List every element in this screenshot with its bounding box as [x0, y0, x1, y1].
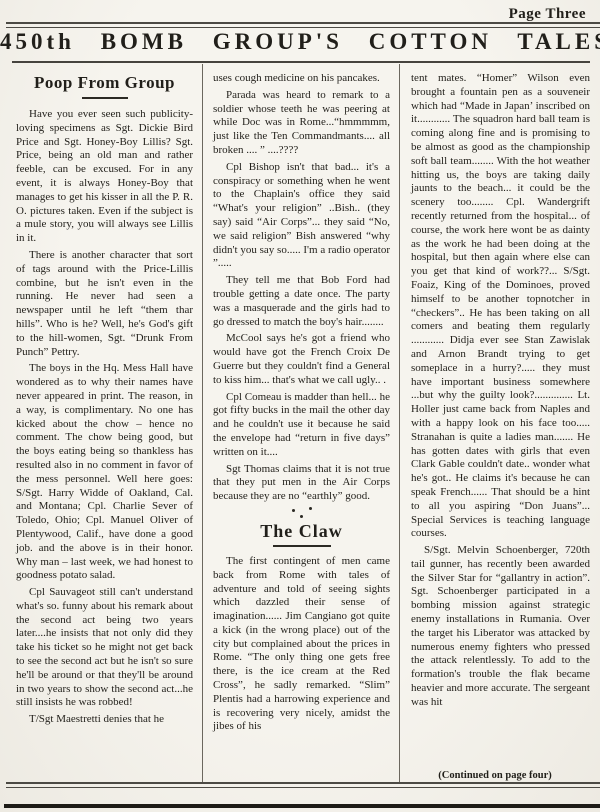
paragraph: McCool says he's got a friend who would … [213, 332, 390, 387]
paragraph: Cpl Comeau is madder than hell... he got… [213, 391, 390, 460]
masthead-title: 450th BOMB GROUP'S COTTON TALES [0, 29, 600, 55]
newspaper-page: Page Three 450th BOMB GROUP'S COTTON TAL… [0, 0, 600, 812]
bottom-heavy-rule [4, 804, 600, 808]
paragraph: Sgt Thomas claims that it is not true th… [213, 463, 390, 504]
heading-rule [82, 97, 128, 99]
paragraph: Cpl Bishop isn't that bad... it's a cons… [213, 161, 390, 271]
paragraph: Have you ever seen such publicity-loving… [16, 108, 193, 246]
paragraph: tent mates. “Homer” Wilson even brought … [411, 72, 590, 541]
section-heading-poop-from-group: Poop From Group [16, 73, 193, 93]
paragraph: They tell me that Bob Ford had trouble g… [213, 274, 390, 329]
paragraph: The first contingent of men came back fr… [213, 555, 390, 734]
paragraph: T/Sgt Maestretti denies that he [16, 713, 193, 727]
top-double-rule [6, 22, 600, 28]
paragraph: Cpl Sauvageot still can't understand wha… [16, 586, 193, 710]
paragraph: There is another character that sort of … [16, 249, 193, 359]
heading-rule [273, 545, 331, 547]
continued-note: (Continued on page four) [400, 769, 590, 782]
column-middle: uses cough medicine on his pancakes. Par… [202, 64, 400, 784]
paragraph: Parada was heard to remark to a soldier … [213, 89, 390, 158]
article-columns: Poop From Group Have you ever seen such … [8, 64, 594, 784]
section-heading-the-claw: The Claw [213, 521, 390, 542]
paragraph: uses cough medicine on his pancakes. [213, 72, 390, 86]
paragraph: The boys in the Hq. Mess Hall have wonde… [16, 362, 193, 583]
column-right: tent mates. “Homer” Wilson even brought … [400, 64, 594, 784]
bottom-double-rule [6, 782, 600, 788]
column-left: Poop From Group Have you ever seen such … [8, 64, 202, 784]
claw-section-ornament-icon [288, 507, 316, 520]
page-number-label: Page Three [509, 6, 586, 23]
masthead-underline-rule [12, 61, 590, 63]
paragraph: S/Sgt. Melvin Schoenberger, 720th tail g… [411, 544, 590, 710]
